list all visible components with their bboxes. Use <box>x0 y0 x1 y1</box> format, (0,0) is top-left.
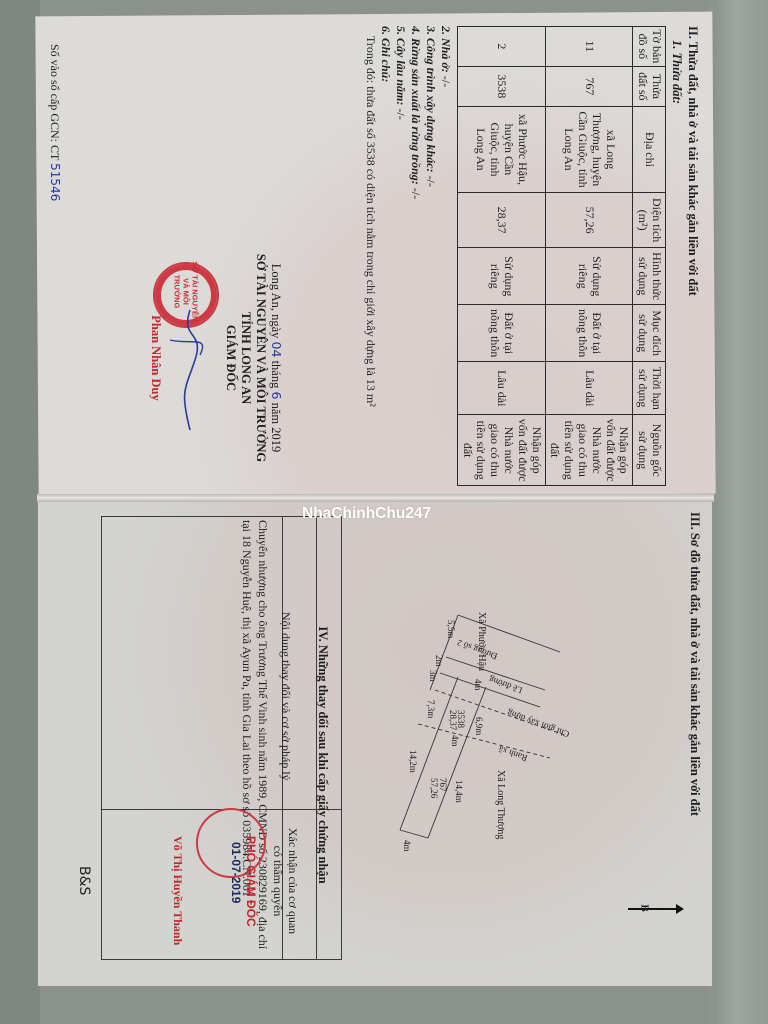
handwritten-note: B&S <box>76 866 92 906</box>
svg-text:14,2m: 14,2m <box>408 750 418 773</box>
svg-text:7,3m: 7,3m <box>426 700 436 718</box>
signature-icon <box>160 300 220 440</box>
svg-text:4m: 4m <box>450 735 460 747</box>
section-4-title: IV. Những thay đổi sau khi cấp giấy chứn… <box>315 590 330 920</box>
svg-text:2m: 2m <box>434 655 444 667</box>
issuing-organization: SỞ TÀI NGUYÊN VÀ MÔI TRƯỜNG TỈNH LONG AN <box>238 238 268 478</box>
signer-role: GIÁM ĐỐC <box>223 238 238 478</box>
changes-col-header-content: Nội dung thay đổi và cơ sở pháp lý <box>278 612 293 842</box>
cell: 28,37 <box>457 193 545 248</box>
cell: 767 <box>545 66 633 106</box>
background-glass <box>713 0 768 1024</box>
north-arrow-icon <box>628 908 678 910</box>
col-header: Hình thức sử dụng <box>633 248 666 305</box>
parcel-3538-area: 28,37 <box>448 710 458 731</box>
cell: Nhận góp vốn đất được Nhà nước giao có t… <box>545 415 633 486</box>
svg-text:6,9m: 6,9m <box>474 717 484 735</box>
watermark: NhaChinhChu247 <box>302 505 431 523</box>
parcel-diagram: Đường số 2 Lề đường Chỉ giới xây dựng Ra… <box>380 560 710 860</box>
svg-text:3m: 3m <box>428 670 438 682</box>
cell: Nhận góp vốn đất được Nhà nước giao có t… <box>457 415 545 486</box>
cell: xã Long Thượng, huyện Cần Giuộc, tỉnh Lo… <box>545 106 633 192</box>
cell: 11 <box>545 27 633 67</box>
table-row: 2 3538 xã Phước Hậu, huyện Cần Giuộc, tỉ… <box>457 27 545 486</box>
official-stamp-icon <box>196 808 266 878</box>
col-header: Nguồn gốc sử dụng <box>633 415 666 486</box>
section-2-subtitle: 1. Thửa đất: <box>669 40 684 486</box>
north-label: B <box>639 904 651 911</box>
table-row: 11 767 xã Long Thượng, huyện Cần Giuộc, … <box>545 27 633 486</box>
col-header: Thửa đất số <box>633 66 666 106</box>
deputy-name: Võ Thị Huyền Thanh <box>170 836 185 976</box>
note-item: 2. Nhà ở: -/- <box>438 26 453 486</box>
road-label: Đường số 2 <box>456 638 499 662</box>
note-text: Trong đó: thửa đất số 3538 có diện tích … <box>363 36 378 486</box>
registry-number: Số vào sổ cấp GCN: CT 51546 <box>42 44 62 244</box>
cell: xã Phước Hậu, huyện Cần Giuộc, tỉnh Long… <box>457 106 545 192</box>
col-header: Mục đích sử dụng <box>633 305 666 362</box>
col-header: Tờ bản đồ số <box>633 27 666 67</box>
commune-border-label: Ranh xã <box>497 744 528 764</box>
svg-text:5,5m: 5,5m <box>446 620 456 638</box>
svg-text:4m: 4m <box>473 679 483 691</box>
svg-text:14,4m: 14,4m <box>454 780 464 803</box>
col-header: Địa chỉ <box>633 106 666 192</box>
cell: 3538 <box>457 66 545 106</box>
build-line-label: Chỉ giới xây dựng <box>505 708 570 740</box>
col-header: Thời hạn sử dụng <box>633 362 666 415</box>
note-item: 4. Rừng sản xuất là rừng trồng: -/- <box>408 26 423 486</box>
issue-date: Long An, ngày 04 tháng 6 năm 2019 <box>268 238 284 478</box>
land-notes: 2. Nhà ở: -/- 3. Công trình xây dựng khá… <box>363 26 453 486</box>
note-item: 3. Công trình xây dựng khác: -/- <box>423 26 438 486</box>
section-2-title: II. Thửa đất, nhà ở và tài sản khác gắn … <box>685 26 700 486</box>
parcel-767-area: 57,26 <box>429 778 439 799</box>
cell: Sử dụng riêng <box>457 248 545 305</box>
page-fold <box>37 494 714 502</box>
svg-text:4m: 4m <box>402 840 412 852</box>
section-land-info: II. Thửa đất, nhà ở và tài sản khác gắn … <box>20 26 700 486</box>
cell: 2 <box>457 27 545 67</box>
changes-col-header-confirm: Xác nhận của cơ quan có thẩm quyền <box>270 826 300 936</box>
cell: Đất ở tại nông thôn <box>457 305 545 362</box>
cell: Lâu dài <box>545 362 633 415</box>
col-header: Diện tích (m²) <box>633 193 666 248</box>
land-table: Tờ bản đồ số Thửa đất số Địa chỉ Diện tí… <box>457 26 666 486</box>
note-item: 5. Cây lâu năm: -/- <box>393 26 408 486</box>
cell: Lâu dài <box>457 362 545 415</box>
cell: Sử dụng riêng <box>545 248 633 305</box>
note-item: 6. Ghi chú: <box>378 26 393 486</box>
cell: Đất ở tại nông thôn <box>545 305 633 362</box>
cell: 57,26 <box>545 193 633 248</box>
